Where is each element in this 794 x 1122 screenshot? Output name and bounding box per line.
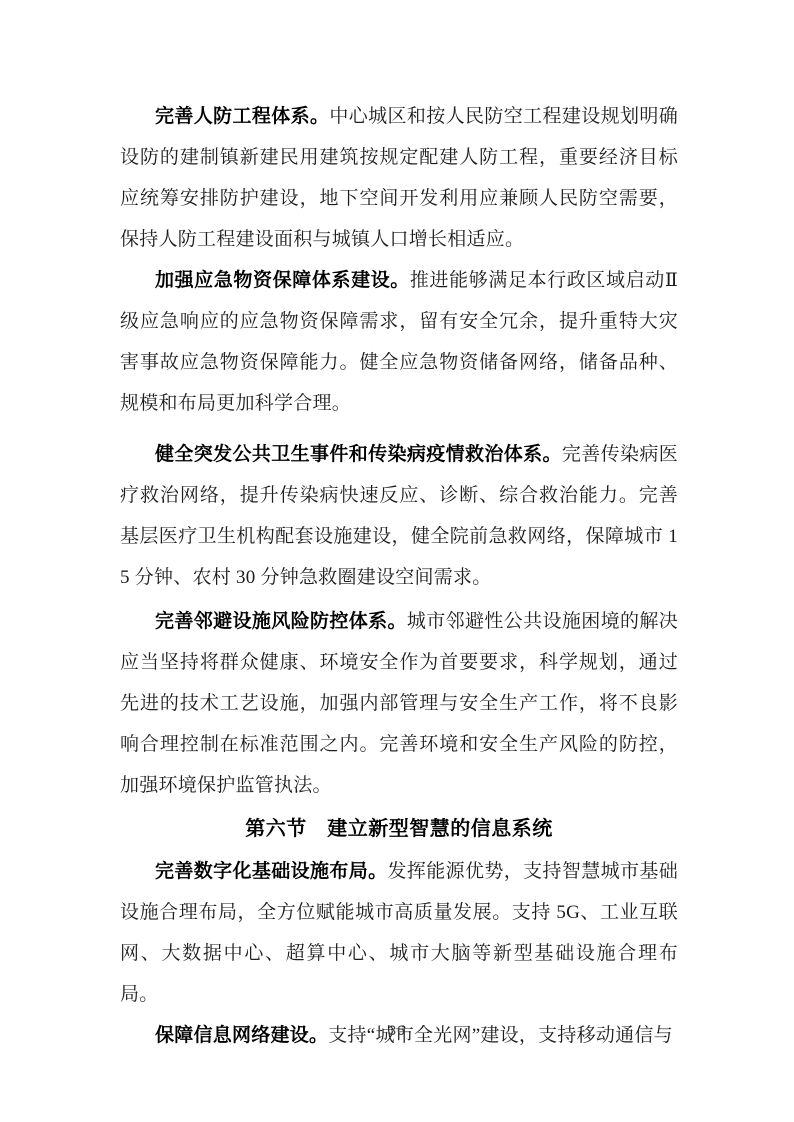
section-heading-smart-info-system: 第六节 建立新型智慧的信息系统 [120, 809, 678, 850]
paragraph-lead: 完善人防工程体系。 [155, 106, 329, 127]
paragraph-digital-infrastructure: 完善数字化基础设施布局。发挥能源优势，支持智慧城市基础设施合理布局，全方位赋能城… [120, 851, 678, 1015]
paragraph-emergency-supplies: 加强应急物资保障体系建设。推进能够满足本行政区域启动Ⅱ级应急响应的应急物资保障需… [120, 260, 678, 424]
paragraph-public-health: 健全突发公共卫生事件和传染病疫情救治体系。完善传染病医疗救治网络，提升传染病快速… [120, 434, 678, 598]
paragraph-lead: 完善邻避设施风险防控体系。 [155, 611, 407, 632]
document-page: 完善人防工程体系。中心城区和按人民防空工程建设规划明确设防的建制镇新建民用建筑按… [0, 0, 794, 1122]
page-number: 36 [0, 1021, 794, 1039]
paragraph-lead: 健全突发公共卫生事件和传染病疫情救治体系。 [155, 444, 562, 465]
paragraph-lead: 完善数字化基础设施布局。 [155, 861, 388, 882]
paragraph-civil-air-defense: 完善人防工程体系。中心城区和按人民防空工程建设规划明确设防的建制镇新建民用建筑按… [120, 96, 678, 260]
paragraph-body: 推进能够满足本行政区域启动Ⅱ级应急响应的应急物资保障需求，留有安全冗余，提升重特… [120, 270, 678, 414]
paragraph-body: 城市邻避性公共设施困境的解决应当坚持将群众健康、环境安全作为首要要求，科学规划，… [120, 611, 678, 796]
paragraph-body: 中心城区和按人民防空工程建设规划明确设防的建制镇新建民用建筑按规定配建人防工程，… [120, 106, 678, 250]
paragraph-nimby-facilities: 完善邻避设施风险防控体系。城市邻避性公共设施困境的解决应当坚持将群众健康、环境安… [120, 601, 678, 806]
document-body: 完善人防工程体系。中心城区和按人民防空工程建设规划明确设防的建制镇新建民用建筑按… [120, 96, 678, 1056]
paragraph-body: 完善传染病医疗救治网络，提升传染病快速反应、诊断、综合救治能力。完善基层医疗卫生… [120, 444, 678, 588]
paragraph-lead: 加强应急物资保障体系建设。 [155, 270, 410, 291]
paragraph-body: 发挥能源优势，支持智慧城市基础设施合理布局，全方位赋能城市高质量发展。支持 5G… [120, 861, 678, 1005]
